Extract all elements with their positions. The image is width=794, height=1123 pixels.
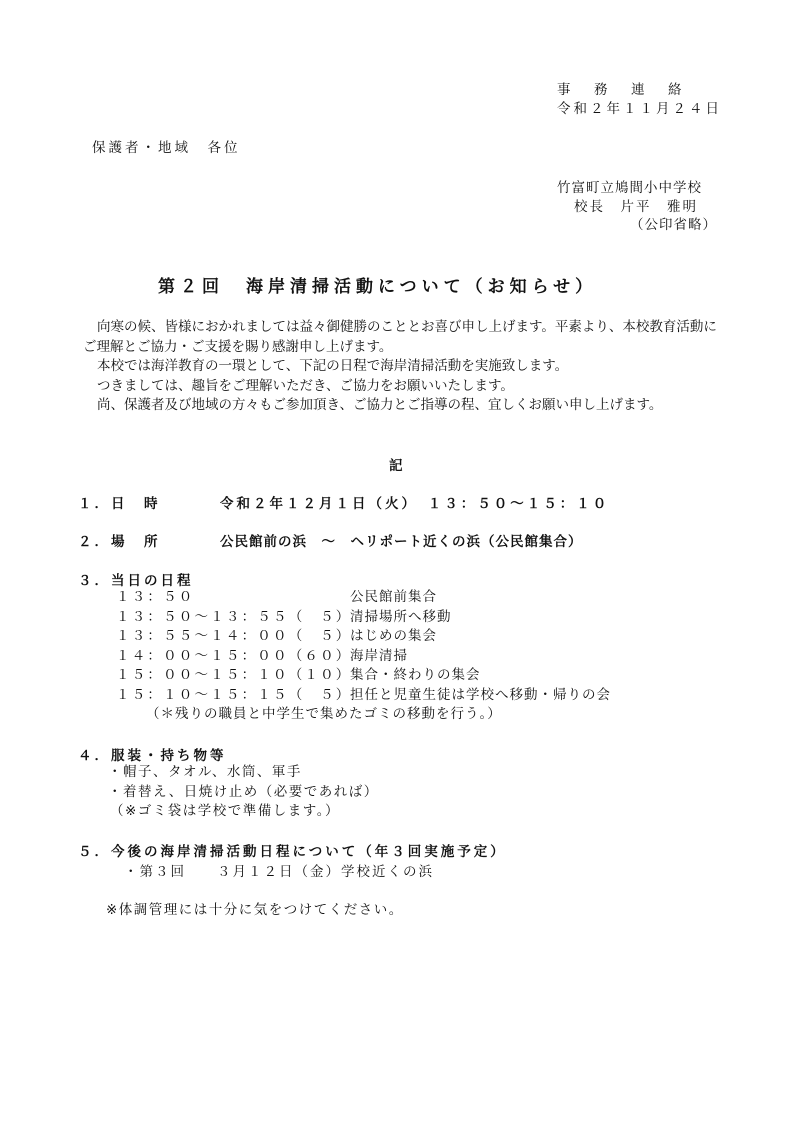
recipient: 保護者・地域 各位: [92, 136, 241, 156]
schedule-row: １５：１０～１５：１５（ ５）担任と児童生徒は学校へ移動・帰りの会: [116, 686, 611, 706]
schedule-row: １３：５０公民館前集合: [116, 588, 611, 608]
schedule-row: １５：００～１５：１０（１０）集合・終わりの集会: [116, 666, 611, 686]
intro-paragraph-4: 尚、保護者及び地域の方々もご参加頂き、ご協力とご指導の程、宜しくお願い申し上げま…: [83, 396, 723, 416]
section-1-label: １．日 時: [78, 492, 218, 512]
schedule-list: １３：５０公民館前集合 １３：５０～１３：５５（ ５）清掃場所へ移動 １３：５５…: [116, 588, 611, 725]
section-3-label: ３．当日の日程: [78, 569, 194, 589]
doc-type-label: 事 務 連 絡: [557, 78, 687, 98]
next-cleanup-item: ・第３回 ３月１２日（金）学校近くの浜: [124, 860, 434, 880]
section-2-value: 公民館前の浜 ～ ヘリポート近くの浜（公民館集合）: [220, 530, 583, 550]
issue-date: 令和２年１１月２４日: [557, 97, 722, 117]
page-title: 第２回 海岸清掃活動について（お知らせ）: [158, 272, 597, 297]
schedule-row: １３：５５～１４：００（ ５）はじめの集会: [116, 627, 611, 647]
section-5-label: ５．今後の海岸清掃活動日程について（年３回実施予定）: [78, 840, 507, 860]
schedule-note: （＊残りの職員と中学生で集めたゴミの移動を行う。）: [116, 705, 611, 725]
intro-paragraph-2: 本校では海洋教育の一環として、下記の日程で海岸清掃活動を実施致します。: [83, 357, 723, 377]
school-name: 竹富町立鳩間小中学校: [557, 176, 702, 196]
seal-note: （公印省略）: [630, 213, 717, 233]
list-item: ・帽子、タオル、水筒、軍手: [108, 763, 379, 783]
section-4-label: ４．服装・持ち物等: [78, 744, 227, 764]
belongings-note: （※ゴミ袋は学校で準備します。）: [110, 802, 379, 822]
section-2-label: ２．場 所: [78, 530, 161, 550]
intro-paragraph-1: 向寒の候、皆様におかれましては益々御健勝のこととお喜び申し上げます。平素より、本…: [83, 318, 723, 357]
closing-note: ※体調管理には十分に気をつけてください。: [106, 898, 404, 918]
schedule-row: １３：５０～１３：５５（ ５）清掃場所へ移動: [116, 608, 611, 628]
schedule-row: １４：００～１５：００（６０）海岸清掃: [116, 647, 611, 667]
principal-name: 校長 片平 雅明: [574, 195, 698, 215]
section-1-value: 令和２年１２月１日（火） １３：５０～１５：１０: [220, 492, 609, 512]
intro-text: 向寒の候、皆様におかれましては益々御健勝のこととお喜び申し上げます。平素より、本…: [83, 318, 723, 416]
list-item: ・着替え、日焼け止め（必要であれば）: [108, 783, 379, 803]
belongings-list: ・帽子、タオル、水筒、軍手 ・着替え、日焼け止め（必要であれば） （※ゴミ袋は学…: [108, 763, 379, 822]
intro-paragraph-3: つきましては、趣旨をご理解いただき、ご協力をお願いいたします。: [83, 377, 723, 397]
ki-heading: 記: [389, 454, 403, 474]
